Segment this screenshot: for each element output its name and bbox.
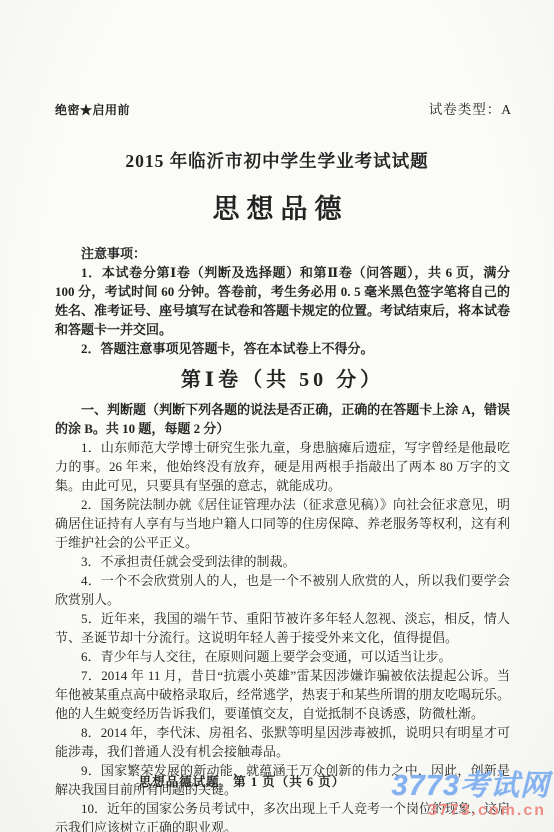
top-header-row: 绝密★启用前 试卷类型：A — [55, 98, 512, 118]
paper-body: 注意事项： 1．本试卷分第Ⅰ卷（判断及选择题）和第Ⅱ卷（问答题），共 6 页，满… — [55, 244, 510, 832]
notice-item-1: 1．本试卷分第Ⅰ卷（判断及选择题）和第Ⅱ卷（问答题），共 6 页，满分 100 … — [55, 263, 510, 339]
section-1-heading: 第Ⅰ卷（共 50 分） — [55, 366, 510, 394]
notices-heading: 注意事项： — [55, 244, 510, 263]
subject-title: 思想品德 — [0, 187, 554, 226]
exam-title: 2015 年临沂市初中学生学业考试试题 — [0, 148, 554, 173]
question-item-5: 5．近年来，我国的端午节、重阳节被许多年轻人忽视、淡忘，相反，情人节、圣诞节却十… — [55, 609, 510, 647]
question-item-3: 3．不承担责任就会受到法律的制裁。 — [55, 552, 510, 571]
question-item-8: 8．2014 年，李代沫、房祖名、张默等明星因涉毒被抓，说明只有明星才可能涉毒，… — [55, 723, 510, 761]
question-item-6: 6．青少年与人交往，在原则问题上要学会变通，可以适当让步。 — [55, 647, 510, 666]
question-item-4: 4．一个不会欣赏别人的人，也是一个不被别人欣赏的人，所以我们要学会欣赏别人。 — [55, 571, 510, 609]
watermark-site-url: 3773.com.cn — [391, 803, 550, 820]
question-item-2: 2．国务院法制办就《居住证管理办法（征求意见稿）》向社会征求意见，明确居住证持有… — [55, 495, 510, 552]
question-item-1: 1．山东师范大学博士研究生张九童，身患脑瘫后遗症，写字曾经是他最吃力的事。26 … — [55, 438, 510, 495]
part-1-intro: 一、判断题（判断下列各题的说法是否正确，正确的在答题卡上涂 A，错误的涂 B。共… — [55, 400, 510, 438]
paper-type-label: 试卷类型：A — [429, 98, 512, 118]
notice-item-2: 2．答题注意事项见答题卡，答在本试卷上不得分。 — [55, 339, 510, 358]
watermark: 3773考试网 3773.com.cn — [391, 771, 550, 820]
exam-paper-page: 绝密★启用前 试卷类型：A 2015 年临沂市初中学生学业考试试题 思想品德 注… — [0, 0, 554, 832]
secrecy-label: 绝密★启用前 — [55, 101, 130, 118]
question-item-7: 7．2014 年 11 月，昔日“抗震小英雄”雷某因涉嫌诈骗被依法提起公诉。当年… — [55, 666, 510, 723]
watermark-site-logo: 3773考试网 — [391, 771, 550, 801]
